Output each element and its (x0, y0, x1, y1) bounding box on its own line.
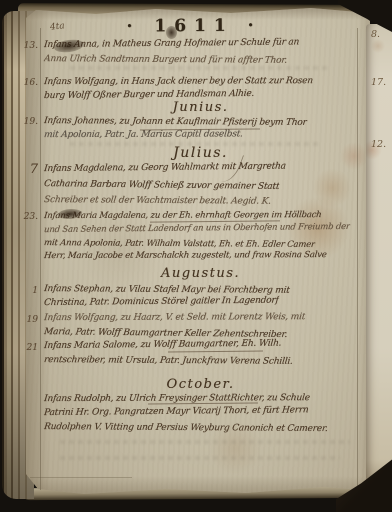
entry-day-number: 21 (20, 343, 38, 353)
ink-blot (166, 26, 177, 39)
year-title: · 1611 · (104, 15, 284, 36)
entry-line: Infans Johannes, zu Johann et Kauflmair … (43, 116, 307, 128)
left-margin-rule (40, 28, 41, 490)
entry-line: Infans Wolfgang, zu Haarz, V. et Seld. m… (43, 312, 305, 323)
right-margin-rule (357, 28, 358, 486)
entry-day-number: 16. (20, 78, 38, 88)
entry-day-number: 19 (20, 315, 38, 325)
month-header-junius: Junius. (44, 100, 357, 115)
adjacent-page-number: 8. (371, 29, 380, 40)
adjacent-page-edge (366, 24, 392, 486)
month-header-augustus: Augustus. (44, 266, 357, 281)
month-header-october: October. (44, 377, 357, 392)
entry-line: Rudolphen V. Vitting und Persius Weyburg… (43, 422, 328, 434)
manuscript-scan: · 1611 · 4ta 13. Infans Anna, in Matheus… (0, 0, 392, 512)
entry-line: mit Anna Apolonia, Patr. Wilhalm Valstat… (43, 238, 315, 250)
month-header-julius: Julius. (44, 145, 357, 161)
entry-line: rentschreiber, mit Ursula, Patr. Junckfr… (43, 355, 293, 367)
adjacent-page-number: 17. (371, 77, 386, 88)
ink-bleedthrough (70, 66, 330, 70)
bottom-margin-rule (30, 477, 132, 478)
entry-line: Infans Stephan, zu Vilau Stafel Mayr bei… (43, 284, 290, 296)
entry-line: Herr, Maria Jacobe et Marschalckh zugest… (43, 250, 327, 261)
entry-line: Schreiber et soll der Wachtmaister bezal… (43, 195, 271, 207)
entry-line: Infans Maria Magdalena, zu der Eh. ehrnh… (43, 210, 321, 221)
entry-day-number: 7 (20, 162, 38, 177)
entry-line: Infans Wolfgang, in Hans Jack diener bey… (43, 76, 313, 87)
entry-day-number: 23. (20, 212, 38, 222)
entry-line: mit Apolonia, Patr. Ja. Marius Capitl da… (43, 129, 243, 140)
entry-day-number: 13. (20, 41, 38, 51)
entry-day-number: 19. (20, 117, 38, 127)
entry-line: Anna Ulrich Sandtmann Burgert und für mi… (43, 54, 287, 66)
corner-annotation: 4ta (50, 21, 66, 32)
adjacent-page-number: 12. (371, 139, 386, 150)
ink-bleedthrough (60, 456, 340, 460)
entry-day-number: 1 (20, 286, 38, 296)
ink-bleedthrough (60, 440, 350, 444)
